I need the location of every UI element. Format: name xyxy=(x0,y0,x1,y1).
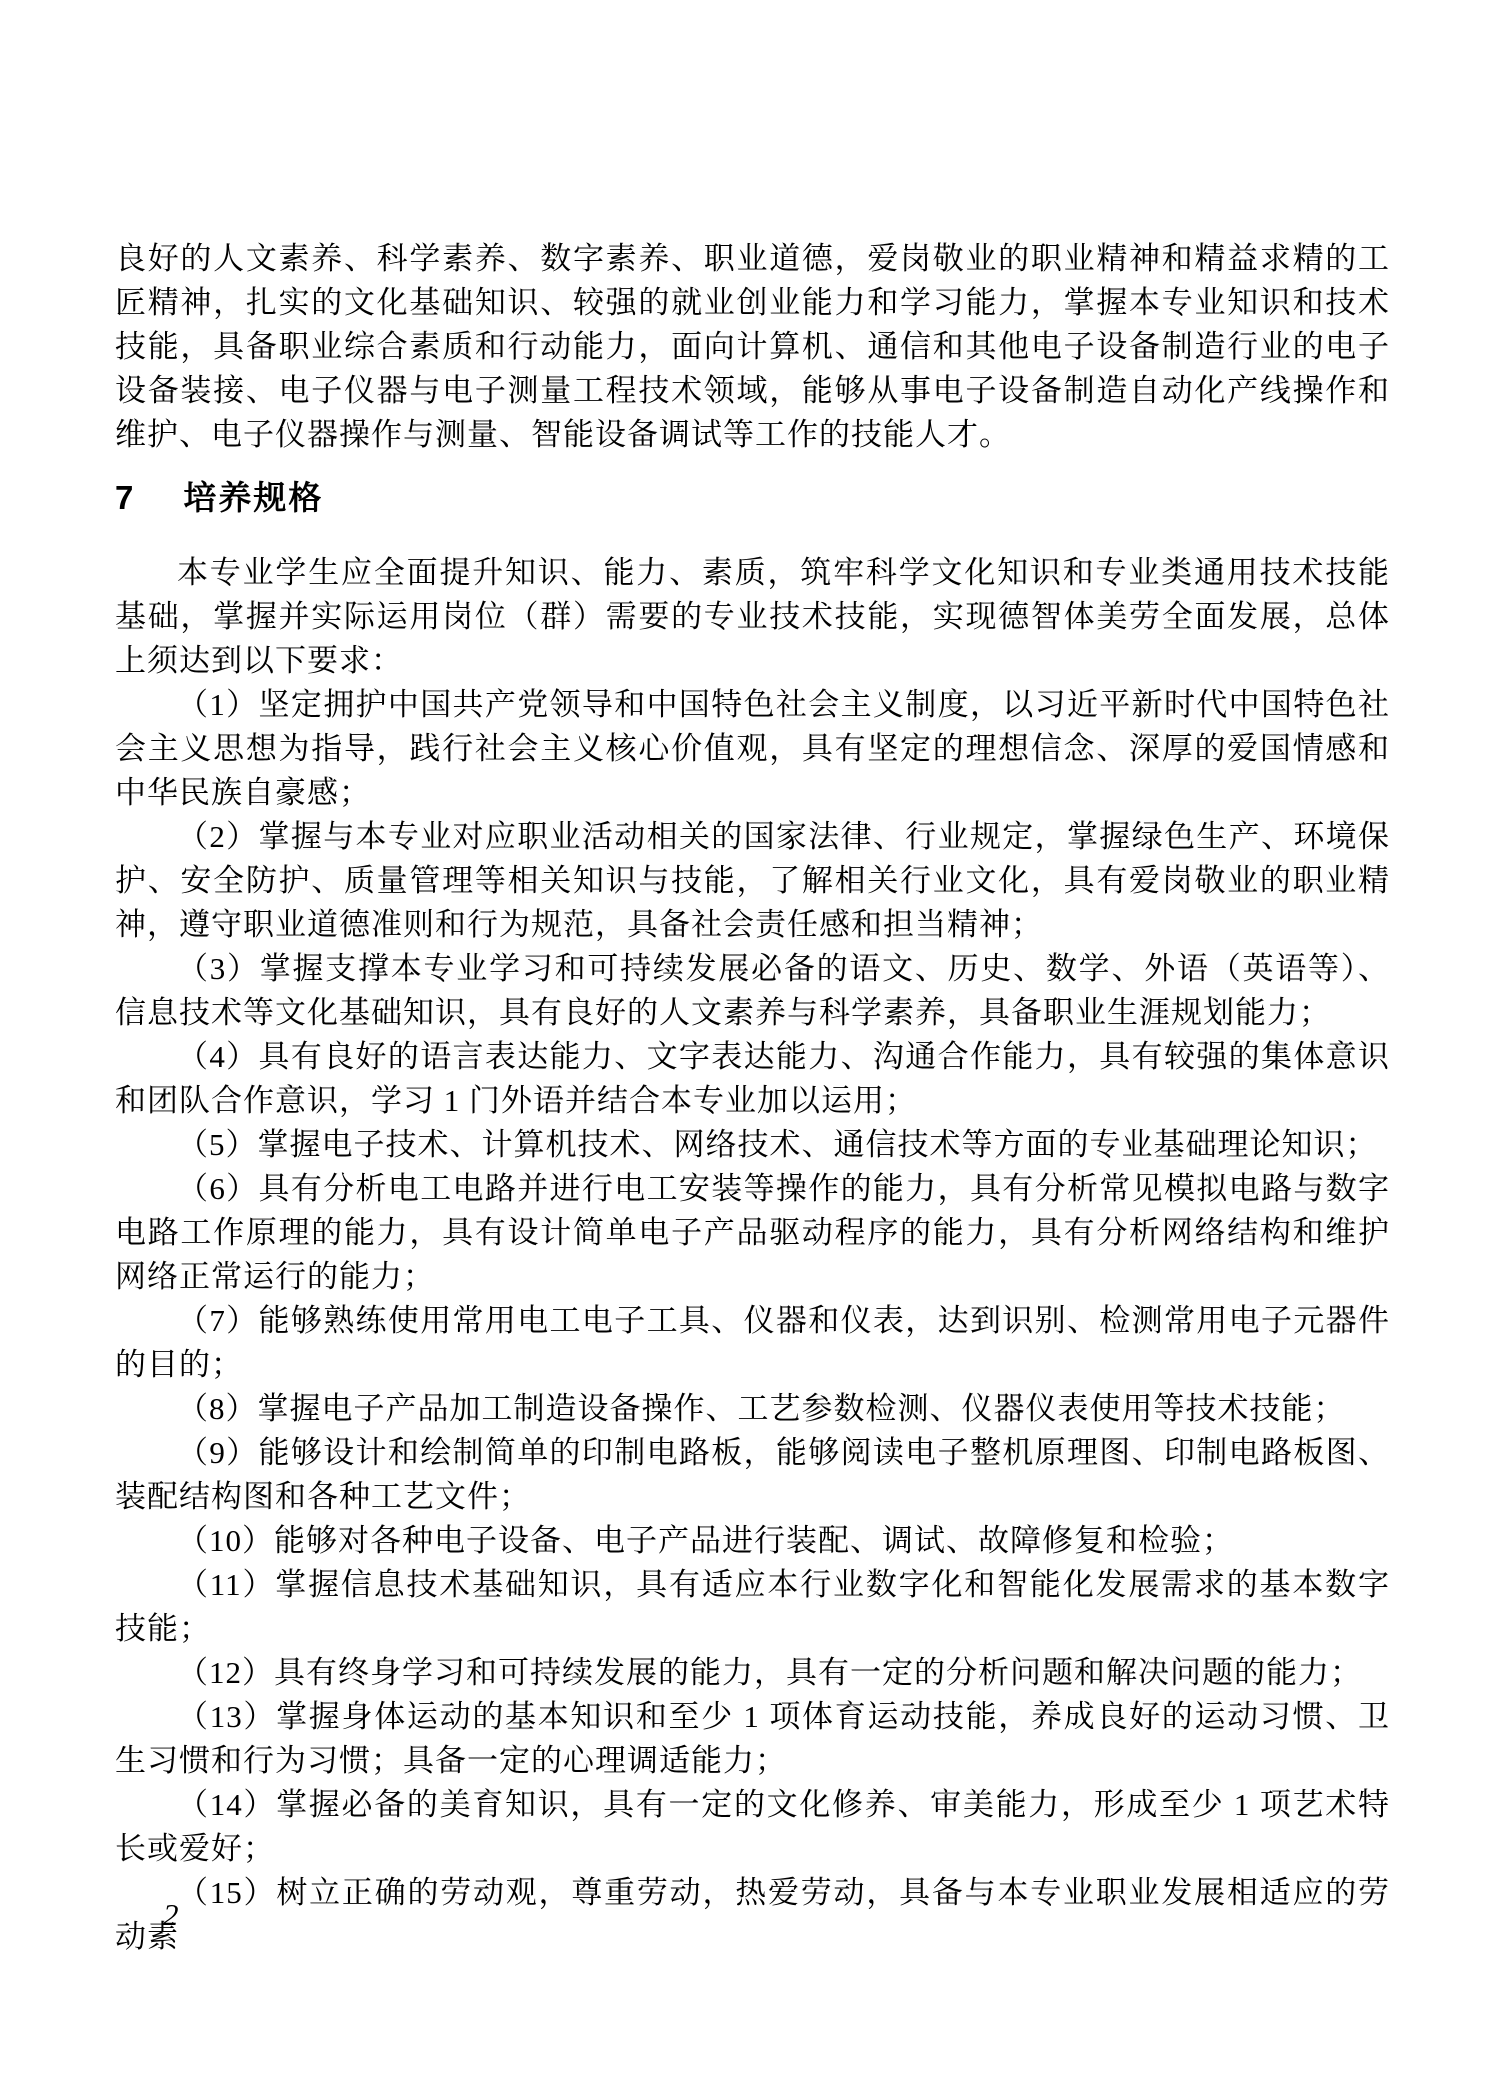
section-intro-paragraph: 本专业学生应全面提升知识、能力、素质，筑牢科学文化知识和专业类通用技术技能基础，… xyxy=(115,551,1390,683)
page-number: 2 xyxy=(163,1897,179,1933)
requirement-item: （4）具有良好的语言表达能力、文字表达能力、沟通合作能力，具有较强的集体意识和团… xyxy=(115,1035,1390,1123)
requirement-item: （10）能够对各种电子设备、电子产品进行装配、调试、故障修复和检验； xyxy=(115,1519,1390,1563)
requirement-item: （11）掌握信息技术基础知识，具有适应本行业数字化和智能化发展需求的基本数字技能… xyxy=(115,1563,1390,1651)
requirement-item: （13）掌握身体运动的基本知识和至少 1 项体育运动技能，养成良好的运动习惯、卫… xyxy=(115,1695,1390,1783)
requirement-item: （12）具有终身学习和可持续发展的能力，具有一定的分析问题和解决问题的能力； xyxy=(115,1651,1390,1695)
section-title: 培养规格 xyxy=(183,479,323,517)
requirement-item: （15）树立正确的劳动观，尊重劳动，热爱劳动，具备与本专业职业发展相适应的劳动素 xyxy=(115,1871,1390,1959)
document-page: 良好的人文素养、科学素养、数字素养、职业道德，爱岗敬业的职业精神和精益求精的工匠… xyxy=(0,0,1503,2094)
requirement-item: （14）掌握必备的美育知识，具有一定的文化修养、审美能力，形成至少 1 项艺术特… xyxy=(115,1783,1390,1871)
main-content: 良好的人文素养、科学素养、数字素养、职业道德，爱岗敬业的职业精神和精益求精的工匠… xyxy=(115,237,1390,1959)
requirement-item: （7）能够熟练使用常用电工电子工具、仪器和仪表，达到识别、检测常用电子元器件的目… xyxy=(115,1299,1390,1387)
section-number: 7 xyxy=(115,479,135,517)
requirement-item: （5）掌握电子技术、计算机技术、网络技术、通信技术等方面的专业基础理论知识； xyxy=(115,1123,1390,1167)
requirement-item: （8）掌握电子产品加工制造设备操作、工艺参数检测、仪器仪表使用等技术技能； xyxy=(115,1387,1390,1431)
requirement-item: （3）掌握支撑本专业学习和可持续发展必备的语文、历史、数学、外语（英语等）、信息… xyxy=(115,947,1390,1035)
requirement-item: （1）坚定拥护中国共产党领导和中国特色社会主义制度，以习近平新时代中国特色社会主… xyxy=(115,683,1390,815)
requirement-item: （6）具有分析电工电路并进行电工安装等操作的能力，具有分析常见模拟电路与数字电路… xyxy=(115,1167,1390,1299)
opening-paragraph: 良好的人文素养、科学素养、数字素养、职业道德，爱岗敬业的职业精神和精益求精的工匠… xyxy=(115,237,1390,457)
requirement-item: （2）掌握与本专业对应职业活动相关的国家法律、行业规定，掌握绿色生产、环境保护、… xyxy=(115,815,1390,947)
requirement-item: （9）能够设计和绘制简单的印制电路板，能够阅读电子整机原理图、印制电路板图、装配… xyxy=(115,1431,1390,1519)
section-heading: 7 培养规格 xyxy=(115,479,1390,517)
